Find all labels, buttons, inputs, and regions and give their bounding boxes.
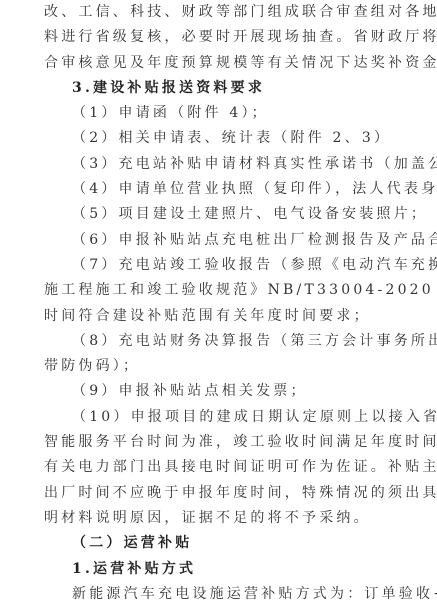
text-line: 智能服务平台时间为准，竣工验收时间满足年度时间要求， (44, 430, 412, 455)
list-item: （2）相关申请表、统计表（附件 2、3） (44, 126, 412, 151)
list-item: （4）申请单位营业执照（复印件），法人代表身份证明； (44, 177, 412, 202)
subsection-heading: 1.运营补贴方式 (44, 557, 412, 582)
list-item: （10）申报项目的建成日期认定原则上以接入省级充电 (44, 405, 412, 430)
text-line: 出厂时间不应晚于申报年度时间，特殊情况的须出具相关证 (44, 481, 412, 506)
list-item: （9）申报补贴站点相关发票； (44, 379, 412, 404)
list-item: （3）充电站补贴申请材料真实性承诺书（加盖公章）； (44, 152, 412, 177)
text-line: 新能源汽车充电设施运营补贴方式为：订单验收+资料 (44, 582, 412, 607)
list-item: （6）申报补贴站点充电桩出厂检测报告及产品合格证； (44, 228, 412, 253)
text-line: 明材料说明原因，证据不足的将不予采纳。 (44, 506, 412, 531)
document-page: 改、工信、科技、财政等部门组成联合审查组对各地申报材 料进行省级复核，必要时开展… (0, 0, 437, 610)
text-line: 料进行省级复核，必要时开展现场抽查。省财政厅将根据联 (44, 25, 412, 50)
section-heading: （二）运营补贴 (44, 531, 412, 556)
list-item: （7）充电站竣工验收报告（参照《电动汽车充换电设 (44, 253, 412, 278)
section-heading: 3.建设补贴报送资料要求 (44, 76, 412, 101)
text-line: 改、工信、科技、财政等部门组成联合审查组对各地申报材 (44, 0, 412, 25)
list-item: （1）申请函（附件 4）； (44, 101, 412, 126)
list-item: （5）项目建设土建照片、电气设备安装照片； (44, 202, 412, 227)
document-body: 改、工信、科技、财政等部门组成联合审查组对各地申报材 料进行省级复核，必要时开展… (44, 0, 412, 607)
list-item: （8）充电站财务决算报告（第三方会计事务所出具， (44, 329, 412, 354)
text-line: 施工程施工和竣工验收规范》NB/T33004-2020 执行），报告 (44, 278, 412, 303)
text-line: 有关电力部门出具接电时间证明可作为佐证。补贴主要设备 (44, 455, 412, 480)
text-line: 合审核意见及年度预算规模等有关情况下达奖补资金。 (44, 51, 412, 76)
text-line: 时间符合建设补贴范围有关年度时间要求； (44, 304, 412, 329)
text-line: 带防伪码）； (44, 354, 412, 379)
